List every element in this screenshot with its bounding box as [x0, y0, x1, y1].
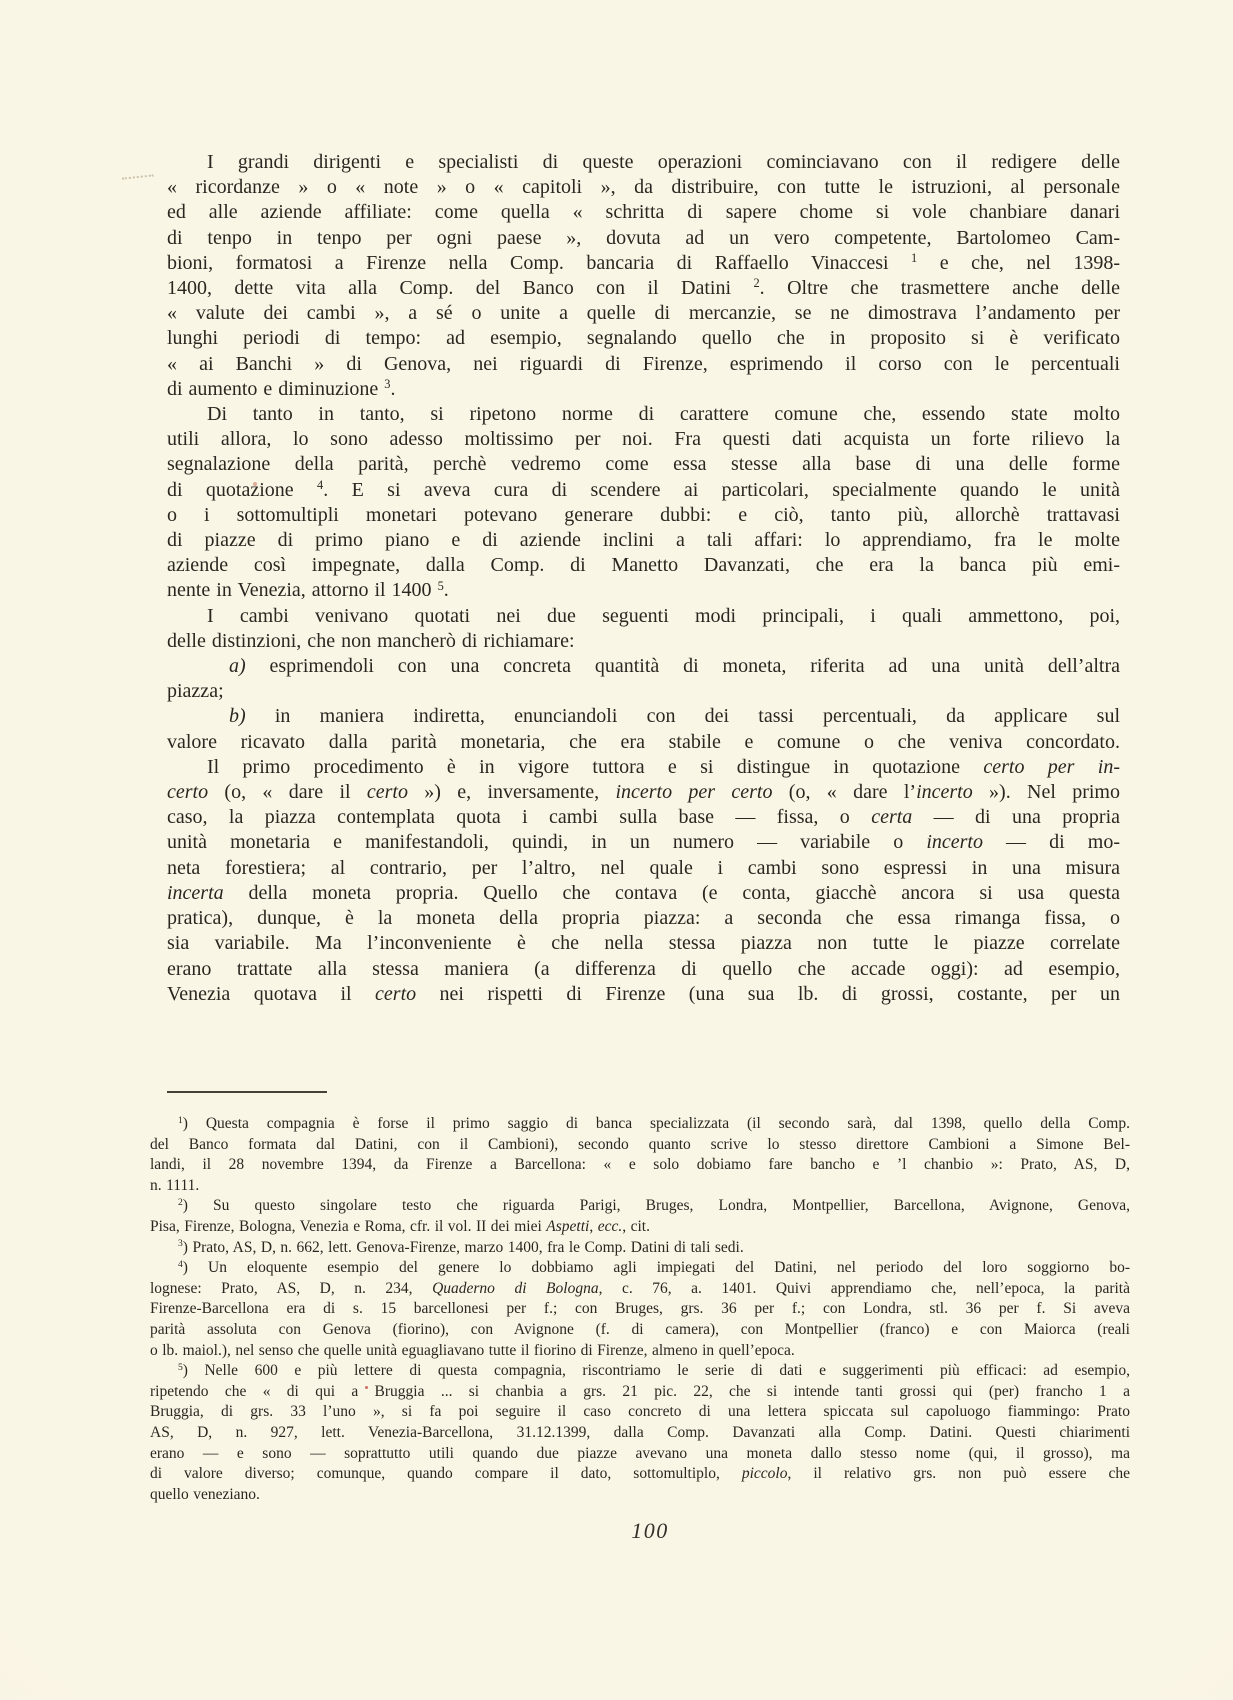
- footnote-2: 2) Su questo singolare testo che riguard…: [150, 1196, 1130, 1237]
- text-line: 4) Un eloquente esempio del genere lo do…: [150, 1258, 1130, 1279]
- text-line: 1400, dette vita alla Comp. del Banco co…: [167, 276, 1120, 301]
- text-line: lunghi periodi di tempo: ad esempio, seg…: [167, 326, 1120, 351]
- text-line: ed alle aziende affiliate: come quella «…: [167, 200, 1120, 225]
- text-line: Di tanto in tanto, si ripetono norme di …: [167, 402, 1120, 427]
- text-line: a) esprimendoli con una concreta quantit…: [167, 654, 1120, 679]
- page-number: 100: [631, 1518, 669, 1544]
- text-line: sia variabile. Ma l’inconveniente è che …: [167, 931, 1120, 956]
- paragraph-1: I grandi dirigenti e specialisti di ques…: [167, 150, 1120, 402]
- text-line: Pisa, Firenze, Bologna, Venezia e Roma, …: [150, 1217, 1130, 1238]
- text-line: o i sottomultipli monetari potevano gene…: [167, 503, 1120, 528]
- text-line: parità assoluta con Genova (fiorino), co…: [150, 1320, 1130, 1341]
- text-line: I cambi venivano quotati nei due seguent…: [167, 604, 1120, 629]
- text-line: pratica), dunque, è la moneta della prop…: [167, 906, 1120, 931]
- book-page: I grandi dirigenti e specialisti di ques…: [0, 0, 1233, 1700]
- text-line: utili allora, lo sono adesso moltissimo …: [167, 427, 1120, 452]
- footnote-5: 5) Nelle 600 e più lettere di questa com…: [150, 1361, 1130, 1505]
- text-line: di quotazione 4. E si aveva cura di scen…: [167, 478, 1120, 503]
- text-line: lognese: Prato, AS, D, n. 234, Quaderno …: [150, 1279, 1130, 1300]
- footnote-4: 4) Un eloquente esempio del genere lo do…: [150, 1258, 1130, 1361]
- text-line: Venezia quotava il certo nei rispetti di…: [167, 982, 1120, 1007]
- text-line: AS, D, n. 927, lett. Venezia-Barcellona,…: [150, 1423, 1130, 1444]
- footnote-3: 3) Prato, AS, D, n. 662, lett. Genova-Fi…: [150, 1238, 1130, 1259]
- text-line: « valute dei cambi », a sé o unite a que…: [167, 301, 1120, 326]
- text-line: neta forestiera; al contrario, per l’alt…: [167, 856, 1120, 881]
- text-line: bioni, formatosi a Firenze nella Comp. b…: [167, 251, 1120, 276]
- text-line: delle distinzioni, che non mancherò di r…: [167, 629, 1120, 654]
- text-line: segnalazione della parità, perchè vedrem…: [167, 452, 1120, 477]
- text-line: piazza;: [167, 679, 1120, 704]
- footnotes: 1) Questa compagnia è forse il primo sag…: [150, 1114, 1130, 1505]
- main-text: I grandi dirigenti e specialisti di ques…: [167, 150, 1120, 1007]
- footnote-rule: [167, 1091, 327, 1093]
- text-line: Il primo procedimento è in vigore tuttor…: [167, 755, 1120, 780]
- paragraph-item-a: a) esprimendoli con una concreta quantit…: [167, 654, 1120, 704]
- text-line: di valore diverso; comunque, quando comp…: [150, 1464, 1130, 1485]
- text-line: n. 1111.: [150, 1176, 1130, 1197]
- text-line: nente in Venezia, attorno il 1400 5.: [167, 578, 1120, 603]
- pencil-mark: [122, 174, 154, 183]
- text-line: valore ricavato dalla parità monetaria, …: [167, 730, 1120, 755]
- text-line: ripetendo che « di qui a Bruggia ... si …: [150, 1382, 1130, 1403]
- text-line: unità monetaria e manifestandoli, quindi…: [167, 830, 1120, 855]
- paragraph-item-b: b) in maniera indiretta, enunciandoli co…: [167, 704, 1120, 754]
- text-line: o lb. maiol.), nel senso che quelle unit…: [150, 1341, 1130, 1362]
- text-line: b) in maniera indiretta, enunciandoli co…: [167, 704, 1120, 729]
- text-line: Firenze-Barcellona era di s. 15 barcello…: [150, 1299, 1130, 1320]
- text-line: 3) Prato, AS, D, n. 662, lett. Genova-Fi…: [150, 1238, 1130, 1259]
- text-line: aziende così impegnate, dalla Comp. di M…: [167, 553, 1120, 578]
- text-line: 2) Su questo singolare testo che riguard…: [150, 1196, 1130, 1217]
- text-line: del Banco formata dal Datini, con il Cam…: [150, 1135, 1130, 1156]
- paragraph-4: Il primo procedimento è in vigore tuttor…: [167, 755, 1120, 1007]
- text-line: landi, il 28 novembre 1394, da Firenze a…: [150, 1155, 1130, 1176]
- text-line: incerta della moneta propria. Quello che…: [167, 881, 1120, 906]
- text-line: caso, la piazza contemplata quota i camb…: [167, 805, 1120, 830]
- text-line: I grandi dirigenti e specialisti di ques…: [167, 150, 1120, 175]
- text-line: certo (o, « dare il certo ») e, inversam…: [167, 780, 1120, 805]
- paragraph-3: I cambi venivano quotati nei due seguent…: [167, 604, 1120, 654]
- text-line: « ricordanze » o « note » o « capitoli »…: [167, 175, 1120, 200]
- footnote-1: 1) Questa compagnia è forse il primo sag…: [150, 1114, 1130, 1196]
- text-line: « ai Banchi » di Genova, nei riguardi di…: [167, 352, 1120, 377]
- text-line: di aumento e diminuzione 3.: [167, 377, 1120, 402]
- text-line: 5) Nelle 600 e più lettere di questa com…: [150, 1361, 1130, 1382]
- text-line: quello veneziano.: [150, 1485, 1130, 1506]
- paragraph-2: Di tanto in tanto, si ripetono norme di …: [167, 402, 1120, 604]
- text-line: di tenpo in tenpo per ogni paese », dovu…: [167, 226, 1120, 251]
- text-line: Bruggia, di grs. 33 l’uno », si fa poi s…: [150, 1402, 1130, 1423]
- text-line: erano trattate alla stessa maniera (a di…: [167, 957, 1120, 982]
- text-line: di piazze di primo piano e di aziende in…: [167, 528, 1120, 553]
- text-line: erano — e sono — soprattutto utili quand…: [150, 1444, 1130, 1465]
- text-line: 1) Questa compagnia è forse il primo sag…: [150, 1114, 1130, 1135]
